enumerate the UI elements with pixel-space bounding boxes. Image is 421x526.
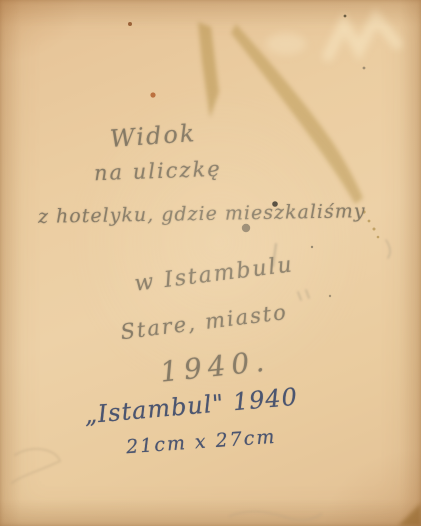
pencil-line-na-uliczke: na uliczkę xyxy=(94,157,222,185)
corner-smudge xyxy=(398,503,421,526)
photo-back-paper: Widok na uliczkę z hotelyku, gdzie miesz… xyxy=(0,0,421,526)
stain-wedge xyxy=(198,22,219,118)
pencil-line-widok: Widok xyxy=(109,119,197,153)
light-patch xyxy=(266,33,306,55)
erasure-mark xyxy=(328,18,397,56)
